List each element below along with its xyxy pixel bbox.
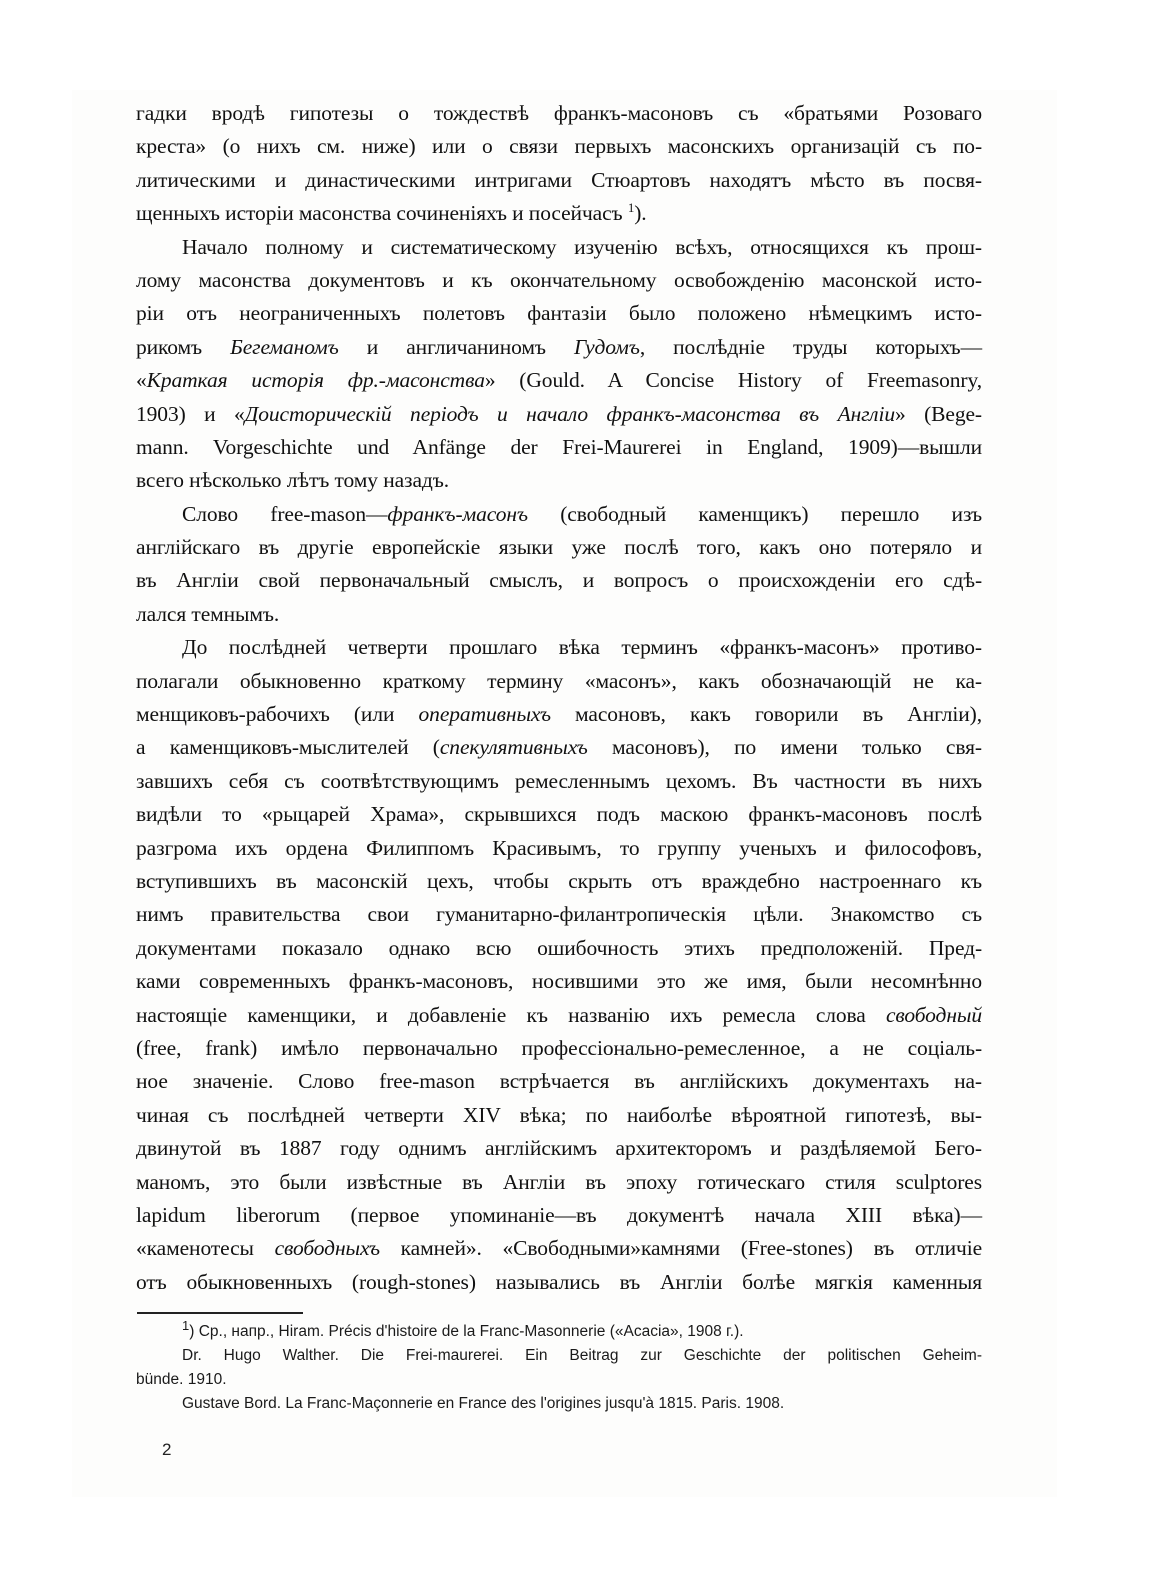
text-line: менщиковъ-рабочихъ (или оперативныхъ мас…: [136, 698, 982, 731]
text-run: mann. Vorgeschichte und Anfänge der Frei…: [136, 435, 982, 459]
footnote-separator: [137, 1312, 303, 1314]
text-line: ками современныхъ франкъ-масоновъ, носив…: [136, 965, 982, 998]
text-line: lapidum liberorum (первое упоминаніе—въ …: [136, 1199, 982, 1232]
text-line: «каменотесы свободныхъ камней». «Свободн…: [136, 1232, 982, 1265]
text-run: «каменотесы: [136, 1236, 275, 1260]
text-run: Слово free-mason—: [182, 502, 387, 526]
text-run: лался темнымъ.: [136, 602, 279, 626]
text-run: камней». «Свободными»камнями (Free-stone…: [380, 1236, 982, 1260]
text-run: (free, frank) имѣло первоначально профес…: [136, 1036, 982, 1060]
text-run: маномъ, это были извѣстные въ Англіи въ …: [136, 1170, 982, 1194]
text-line: двинутой въ 1887 году однимъ англійскимъ…: [136, 1132, 982, 1165]
text-run: 1903) и «: [136, 402, 245, 426]
text-run: «: [136, 368, 147, 392]
text-run: и англичаниномъ: [339, 335, 574, 359]
italic-text: Бегеманомъ: [230, 335, 339, 359]
text-line: лался темнымъ.: [136, 598, 982, 631]
text-line: видѣли то «рыцарей Храма», скрывшихся по…: [136, 798, 982, 831]
text-line: чиная съ послѣдней четверти XIV вѣка; по…: [136, 1099, 982, 1132]
text-run: Gustave Bord. La Franc-Maçonnerie en Fra…: [182, 1395, 784, 1412]
text-run: ).: [634, 201, 646, 225]
text-line: завшихъ себя съ соотвѣтствующимъ ремесле…: [136, 765, 982, 798]
text-run: гадки вродѣ гипотезы о тождествѣ франкъ-…: [136, 101, 982, 125]
text-run: » (Gould. A Concise History of Freemason…: [485, 368, 982, 392]
footnote-line: Dr. Hugo Walther. Die Frei-maurerei. Ein…: [136, 1344, 982, 1368]
footnote-line: 1) Ср., напр., Hiram. Précis d'histoire …: [136, 1320, 982, 1344]
italic-text: Краткая исторія фр.-масонства: [147, 368, 485, 392]
text-line: Начало полному и систематическому изучен…: [136, 231, 982, 264]
text-run: ками современныхъ франкъ-масоновъ, носив…: [136, 969, 982, 993]
text-run: менщиковъ-рабочихъ (или: [136, 702, 419, 726]
text-run: » (Bege-: [895, 402, 982, 426]
text-line: въ Англіи свой первоначальный смыслъ, и …: [136, 564, 982, 597]
text-line: вступившихъ въ масонскій цехъ, чтобы скр…: [136, 865, 982, 898]
text-run: ріи отъ неограниченныхъ полетовъ фантазі…: [136, 301, 982, 325]
text-run: ное значеніе. Слово free-mason встрѣчает…: [136, 1069, 982, 1093]
text-run: щенныхъ исторіи масонства сочиненіяхъ и …: [136, 201, 628, 225]
text-line: полагали обыкновенно краткому термину «м…: [136, 665, 982, 698]
footnote-line: Gustave Bord. La Franc-Maçonnerie en Fra…: [136, 1392, 982, 1416]
text-run: англійскаго въ другіе европейскіе языки …: [136, 535, 982, 559]
text-line: Слово free-mason—франкъ-масонъ (свободны…: [136, 498, 982, 531]
italic-text: Доисторическій періодъ и начало франкъ-м…: [245, 402, 895, 426]
italic-text: спекулятивныхъ: [440, 735, 588, 759]
text-run: литическими и династическими интригами С…: [136, 168, 982, 192]
text-line: документами показало однако всю ошибочно…: [136, 932, 982, 965]
text-line: 1903) и «Доисторическій періодъ и начало…: [136, 398, 982, 431]
text-run: отъ обыкновенныхъ (rough-stones) называл…: [136, 1270, 982, 1294]
footnote-line: bünde. 1910.: [136, 1368, 982, 1392]
text-run: bünde. 1910.: [136, 1371, 227, 1388]
text-line: щенныхъ исторіи масонства сочиненіяхъ и …: [136, 197, 982, 230]
text-line: До послѣдней четверти прошлаго вѣка терм…: [136, 631, 982, 664]
footnotes: 1) Ср., напр., Hiram. Précis d'histoire …: [136, 1320, 982, 1416]
text-line: а каменщиковъ-мыслителей (спекулятивныхъ…: [136, 731, 982, 764]
text-run: масоновъ, какъ говорили въ Англіи),: [551, 702, 982, 726]
text-line: лому масонства документовъ и къ окончате…: [136, 264, 982, 297]
text-line: разгрома ихъ ордена Филиппомъ Красивымъ,…: [136, 832, 982, 865]
text-run: настоящіе каменщики, и добавленіе къ наз…: [136, 1003, 886, 1027]
text-run: Начало полному и систематическому изучен…: [182, 235, 982, 259]
text-run: документами показало однако всю ошибочно…: [136, 936, 982, 960]
text-run: завшихъ себя съ соотвѣтствующимъ ремесле…: [136, 769, 982, 793]
text-run: разгрома ихъ ордена Филиппомъ Красивымъ,…: [136, 836, 982, 860]
page-number: 2: [162, 1440, 171, 1460]
main-text: гадки вродѣ гипотезы о тождествѣ франкъ-…: [136, 97, 982, 1299]
italic-text: свободный: [886, 1003, 982, 1027]
text-line: креста» (о нихъ см. ниже) или о связи пе…: [136, 130, 982, 163]
text-run: въ Англіи свой первоначальный смыслъ, и …: [136, 568, 982, 592]
text-run: масоновъ), по имени только свя-: [588, 735, 982, 759]
text-line: англійскаго въ другіе европейскіе языки …: [136, 531, 982, 564]
text-run: вступившихъ въ масонскій цехъ, чтобы скр…: [136, 869, 982, 893]
text-run: двинутой въ 1887 году однимъ англійскимъ…: [136, 1136, 982, 1160]
text-line: литическими и династическими интригами С…: [136, 164, 982, 197]
text-run: креста» (о нихъ см. ниже) или о связи пе…: [136, 134, 982, 158]
text-line: настоящіе каменщики, и добавленіе къ наз…: [136, 999, 982, 1032]
text-run: До послѣдней четверти прошлаго вѣка терм…: [182, 635, 982, 659]
text-line: нимъ правительства свои гуманитарно-фила…: [136, 898, 982, 931]
italic-text: свободныхъ: [275, 1236, 380, 1260]
italic-text: Гудомъ: [574, 335, 640, 359]
text-line: ное значеніе. Слово free-mason встрѣчает…: [136, 1065, 982, 1098]
text-line: mann. Vorgeschichte und Anfänge der Frei…: [136, 431, 982, 464]
text-line: «Краткая исторія фр.-масонства» (Gould. …: [136, 364, 982, 397]
text-run: ) Ср., напр., Hiram. Précis d'histoire d…: [189, 1323, 743, 1340]
text-run: рикомъ: [136, 335, 230, 359]
text-run: лому масонства документовъ и къ окончате…: [136, 268, 982, 292]
text-run: а каменщиковъ-мыслителей (: [136, 735, 440, 759]
text-line: ріи отъ неограниченныхъ полетовъ фантазі…: [136, 297, 982, 330]
text-line: рикомъ Бегеманомъ и англичаниномъ Гудомъ…: [136, 331, 982, 364]
text-run: lapidum liberorum (первое упоминаніе—въ …: [136, 1203, 982, 1227]
text-line: отъ обыкновенныхъ (rough-stones) называл…: [136, 1266, 982, 1299]
text-run: нимъ правительства свои гуманитарно-фила…: [136, 902, 982, 926]
text-run: полагали обыкновенно краткому термину «м…: [136, 669, 982, 693]
text-line: гадки вродѣ гипотезы о тождествѣ франкъ-…: [136, 97, 982, 130]
text-run: видѣли то «рыцарей Храма», скрывшихся по…: [136, 802, 982, 826]
text-line: всего нѣсколько лѣтъ тому назадъ.: [136, 464, 982, 497]
text-run: , послѣдніе труды которыхъ—: [640, 335, 982, 359]
text-run: всего нѣсколько лѣтъ тому назадъ.: [136, 468, 449, 492]
text-line: (free, frank) имѣло первоначально профес…: [136, 1032, 982, 1065]
italic-text: оперативныхъ: [419, 702, 551, 726]
text-run: чиная съ послѣдней четверти XIV вѣка; по…: [136, 1103, 982, 1127]
text-line: маномъ, это были извѣстные въ Англіи въ …: [136, 1166, 982, 1199]
italic-text: франкъ-масонъ: [387, 502, 528, 526]
text-run: (свободный каменщикъ) перешло изъ: [528, 502, 982, 526]
text-run: Dr. Hugo Walther. Die Frei-maurerei. Ein…: [182, 1347, 982, 1364]
